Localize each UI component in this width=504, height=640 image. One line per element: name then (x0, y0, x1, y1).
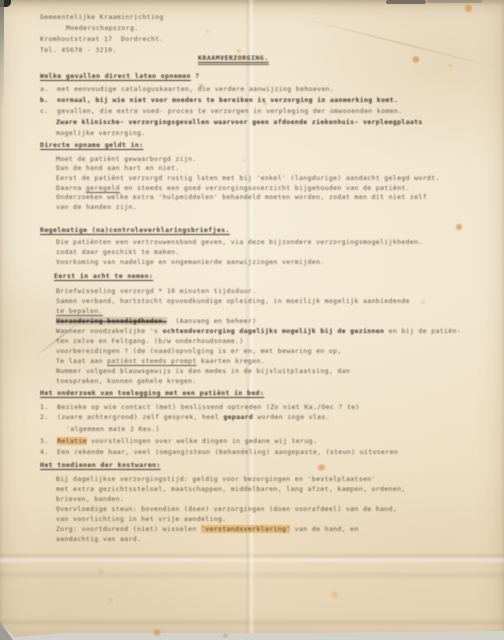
text-run: Relatie (57, 437, 87, 445)
section-welke-gevallen-opnemen-line-2: b. normaal, bij wie niet voor moeders te… (40, 96, 398, 105)
header-line-4: Tel. 45678 - 3210. (40, 46, 117, 55)
section-heading-welke-gevallen-opnemen: Welke gevallen direct laten opnemen ? (40, 72, 200, 81)
section-eerst-in-acht-nemen-line-8: Te laat aan patiënt steeds prompt kaarte… (56, 357, 265, 366)
text-run: ten zelve en Feltgang. (b/w onderhoudsna… (56, 337, 244, 345)
text-run: a. met eenvoudige cataloguskaarten, die … (40, 85, 334, 93)
text-run: c. gevallen, die extra voed- proces te v… (40, 107, 402, 115)
text-run: voorstellingen over welke dingen in geda… (87, 437, 317, 445)
scanner-smudge-top-right-2 (427, 0, 482, 3)
section-toedienen-der-kostwaren-line-5: van voorlichting in het vrije aandeling. (56, 515, 227, 524)
text-run: brieven, banden. (56, 495, 124, 503)
text-run: toespraken, kunnen gehele kregen. (56, 377, 197, 385)
text-run: geregeld (86, 184, 120, 192)
text-run: 'verstandsverklaring' (201, 525, 291, 533)
section-directe-opname-line-1: Moet de patiënt gewaarborgd zijn. (56, 155, 197, 164)
section-onderzoek-patient-in-bed-line-2: 2. (zware achtergrond) zelf gesprek, hee… (40, 413, 330, 422)
section-regelmatige-controleverklaringen-line-1: Die patiënten een vertrouwensband geven,… (56, 238, 423, 247)
text-run: en steeds een goed verzorgingsoverzicht … (120, 184, 410, 192)
text-run: 2. (zware achtergrond) zelf gesprek, hee… (40, 413, 223, 421)
section-eerst-in-acht-nemen-line-2: Samen verband, hartstocht opvoedkundige … (56, 297, 410, 306)
text-run: kaarten kregen. (197, 357, 265, 365)
section-heading-onderzoek-patient-in-bed: Het onderzoek van toelegging met een pat… (40, 389, 264, 398)
text-run: Dan de hand aan hart en niet. (56, 164, 180, 172)
text-run: Zware klinische- verzorgingsgevallen waa… (56, 118, 423, 126)
section-toedienen-der-kostwaren-line-6: Zorg: voortdurend (niet) wisselen 'verst… (56, 525, 359, 534)
header-line-3: Kromhoutstraat 17 Dordrecht. (40, 35, 164, 44)
scanned-document: Gemeentelijke KraaminrichtingMoederschap… (0, 0, 504, 640)
text-run: Verandering benodigdheden. (56, 317, 167, 325)
text-run: mogelijke verzorging. (56, 129, 146, 137)
text-run: met extra gezichtsstelsel, maatschappen,… (56, 485, 406, 493)
section-onderzoek-patient-in-bed-line-3: 'algemeen mate 2 Keu.) (66, 425, 160, 434)
text-run: Briefwisseling verzorgd * 10 minuten tij… (56, 287, 256, 295)
document-title: KRAAMVERZORGING. (198, 54, 269, 65)
text-run: Voorkoming van nadelige en ongemanierde … (56, 258, 325, 266)
text-run: 3. (40, 437, 57, 445)
text-run: en bij de patiën- (384, 327, 461, 335)
section-toedienen-der-kostwaren-line-2: met extra gezichtsstelsel, maatschappen,… (56, 485, 406, 494)
section-heading-regelmatige-controleverklaringen: Regelmatige (na)controleverklaringsbrief… (40, 226, 230, 235)
section-directe-opname-line-4: Daarna geregeld en steeds een goed verzo… (56, 184, 410, 193)
section-eerst-in-acht-nemen-line-7: voorbereidingen ? (de (naad)opvolging is… (56, 347, 342, 356)
section-heading-directe-opname: Directe opname geldt in: (40, 141, 144, 150)
text-run: voorbereidingen ? (de (naad)opvolging is… (56, 347, 342, 355)
text-run: ? (191, 72, 200, 80)
text-run: van de handen zijn. (56, 203, 137, 211)
section-eerst-in-acht-nemen-line-3: te bepalen. (56, 307, 103, 316)
text-run: Te laat aan (56, 357, 107, 365)
section-welke-gevallen-opnemen-line-3: c. gevallen, die extra voed- proces te v… (40, 107, 402, 116)
text-run: Die patiënten een vertrouwensband geven,… (56, 238, 423, 246)
section-directe-opname-line-5: Onderzoeken welke extra 'hulpmiddelen' b… (56, 193, 427, 202)
text-run: Overvloedige steun: bovendien (doen) ver… (56, 505, 397, 513)
section-toedienen-der-kostwaren-line-1: Bij dagelijkse verzorgingstijd: geldig v… (56, 475, 376, 484)
text-run: Samen verband, hartstocht opvoedkundige … (56, 297, 410, 305)
section-eerst-in-acht-nemen-line-6: ten zelve en Feltgang. (b/w onderhoudsna… (56, 337, 244, 346)
text-run: van de hand, en (290, 525, 358, 533)
section-onderzoek-patient-in-bed-line-4: 3. Relatie voorstellingen over welke din… (40, 437, 317, 446)
text-run: Daarna (56, 184, 86, 192)
text-run: Onderzoeken welke extra 'hulpmiddelen' b… (56, 193, 427, 201)
text-run: Moederschapszorg. (66, 24, 138, 32)
section-welke-gevallen-opnemen-line-5: mogelijke verzorging. (56, 129, 146, 138)
text-run: zodat daar geschikt te maken. (56, 248, 180, 256)
text-run: ochtendverzorging dagelijks mogelijk bij… (163, 327, 385, 335)
text-run: van voorlichting in het vrije aandeling. (56, 515, 227, 523)
section-eerst-in-acht-nemen-line-10: toespraken, kunnen gehele kregen. (56, 377, 197, 386)
text-run: Regelmatige (na)controleverklaringsbrief… (40, 226, 230, 234)
section-eerst-in-acht-nemen-line-4: Verandering benodigdheden. (Aanvang en b… (56, 317, 256, 326)
text-run: Gemeentelijke Kraaminrichting (40, 13, 164, 21)
text-run: Bij dagelijkse verzorgingstijd: geldig v… (56, 475, 376, 483)
section-eerst-in-acht-nemen-line-1: Briefwisseling verzorgd * 10 minuten tij… (56, 287, 256, 296)
scanner-edge-strip-left (0, 0, 4, 110)
text-run: Het toedienen der kostwaren: (40, 461, 161, 469)
header-line-1: Gemeentelijke Kraaminrichting (40, 13, 164, 22)
text-run: 1. Bezieke op wie contact (met) beslisse… (40, 403, 360, 411)
text-run: b. normaal, bij wie niet voor moeders te… (40, 96, 398, 104)
text-run: Het onderzoek van toelegging met een pat… (40, 389, 264, 397)
section-regelmatige-controleverklaringen-line-2: zodat daar geschikt te maken. (56, 248, 180, 257)
text-run: Nummer volgend blauwsgewijs is dan medes… (56, 367, 350, 375)
text-run: KRAAMVERZORGING. (198, 54, 269, 62)
text-run: 4. Een rekende haar, veel (omgang)steun … (40, 448, 398, 456)
scanner-smudge-top-right (386, 0, 426, 4)
text-run: te bepalen. (56, 307, 103, 315)
text-run: (Aanvang en beheer) (167, 317, 257, 325)
section-heading-toedienen-der-kostwaren: Het toedienen der kostwaren: (40, 461, 161, 470)
section-toedienen-der-kostwaren-line-7: aandachtig van aard. (56, 535, 141, 544)
section-onderzoek-patient-in-bed-line-1: 1. Bezieke op wie contact (met) beslisse… (40, 403, 360, 412)
text-run: aandachtig van aard. (56, 535, 141, 543)
text-run: Moet de patiënt gewaarborgd zijn. (56, 155, 197, 163)
section-onderzoek-patient-in-bed-line-5: 4. Een rekende haar, veel (omgang)steun … (40, 448, 398, 457)
section-toedienen-der-kostwaren-line-3: brieven, banden. (56, 495, 124, 504)
text-run: Tel. 45678 - 3210. (40, 46, 117, 54)
section-eerst-in-acht-nemen-line-5: Wanneer noodzakelijke 's ochtendverzorgi… (56, 327, 461, 336)
section-welke-gevallen-opnemen-line-4: Zware klinische- verzorgingsgevallen waa… (56, 118, 423, 127)
section-heading-eerst-in-acht-nemen: Eerst in acht te nemen: (54, 272, 153, 281)
text-layer: Gemeentelijke KraaminrichtingMoederschap… (0, 0, 504, 640)
text-run: Zorg: voortdurend (niet) wisselen (56, 525, 201, 533)
section-welke-gevallen-opnemen-line-1: a. met eenvoudige cataloguskaarten, die … (40, 85, 334, 94)
section-toedienen-der-kostwaren-line-4: Overvloedige steun: bovendien (doen) ver… (56, 505, 397, 514)
section-directe-opname-line-2: Dan de hand aan hart en niet. (56, 164, 180, 173)
text-run: Directe opname geldt in: (40, 141, 144, 149)
text-run: Welke gevallen direct laten opnemen (40, 72, 191, 80)
text-run: patiënt steeds prompt (107, 357, 197, 365)
text-run: gepaard (223, 413, 253, 421)
header-line-2: Moederschapszorg. (66, 24, 138, 33)
text-run: Wanneer noodzakelijke 's (56, 327, 163, 335)
text-run: Eerst de patiënt verzorgd rustig laten m… (56, 174, 440, 182)
text-run: Kromhoutstraat 17 Dordrecht. (40, 35, 164, 43)
section-regelmatige-controleverklaringen-line-3: Voorkoming van nadelige en ongemanierde … (56, 258, 325, 267)
section-directe-opname-line-6: van de handen zijn. (56, 203, 137, 212)
text-run: 'algemeen mate 2 Keu.) (66, 425, 160, 433)
text-run: worden inge vlas. (253, 413, 330, 421)
section-directe-opname-line-3: Eerst de patiënt verzorgd rustig laten m… (56, 174, 440, 183)
text-run: Eerst in acht te nemen: (54, 272, 153, 280)
section-eerst-in-acht-nemen-line-9: Nummer volgend blauwsgewijs is dan medes… (56, 367, 350, 376)
